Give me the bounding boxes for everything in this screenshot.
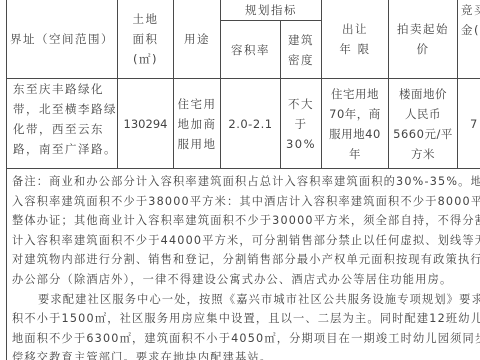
row-term: 住宅用地 70年，商 服用地40 年 [322,79,388,168]
header-planning-group: 规划指标 [221,0,321,20]
notes-line: 积不小于1500㎡，社区服务用房应集中设置，且以一、二层为主。同时配建12班幼儿… [12,309,480,329]
notes-line: 办公部分（除酒店外），一律不得建设公寓式办公、酒店式办公等居住功能用房。 [12,270,480,290]
row-area: 130294 [118,79,173,168]
row-bottom-border [6,168,480,169]
header-start-price: 拍卖起始 价 [389,0,457,78]
row-usage: 住宅用 地加商 服用地 [174,79,220,168]
row-density: 不大 于 30% [281,79,321,168]
notes-line: 整体办证；其他商业计入容积率建筑面积不少于30000平方米，须全部自持，不得分割… [12,211,480,231]
header-area: 土地 面积 (㎡) [118,0,173,78]
notes-line: 备注：商业和办公部分计入容积率建筑面积占总计入容积率建筑面积的30%-35%。地… [12,172,480,192]
notes-line: 偿移交教育主管部门。要求在地块内配建基站。 [12,348,480,360]
notes-line: 对建筑物内部进行分割、销售和登记，分割销售部分最小产权单元面积按现有政策执行。商 [12,250,480,270]
header-density: 建筑 密度 [281,21,321,78]
notes-line: 计入容积率建筑面积不少于44000平方米，可分割销售部分禁止以任何虚拟、划线等无… [12,231,480,251]
row-location: 东至庆丰路绿化 带，北至横李路绿 化带，西至云东 路，南至广泽路。 [13,79,117,168]
header-term: 出让 年 限 [322,0,388,78]
header-far: 容积率 [221,21,280,78]
header-location: 界址（空间范围） [7,0,117,78]
row-deposit: 7 [470,79,480,168]
row-start-price: 楼面地价 人民币 5660元/平 方米 [389,79,457,168]
header-usage: 用途 [174,0,220,78]
header-deposit: 竞买 金( [461,0,480,78]
notes-line: 地面积不少于6300㎡，建筑面积不小于4050㎡，分期项目在一期竣工时幼儿园须同… [12,329,480,349]
col-divider-7 [457,0,458,168]
notes-line: 入容积率建筑面积不少于38000平方米：其中酒店计入容积率建筑面积不少于8000… [12,192,480,212]
notes-line: 要求配建社区服务中心一处，按照《嘉兴市城市社区公共服务设施专项规划》要求，建 [12,290,480,310]
row-far: 2.0-2.1 [221,79,280,168]
notes-section: 备注：商业和办公部分计入容积率建筑面积占总计入容积率建筑面积的30%-35%。地… [12,172,480,360]
